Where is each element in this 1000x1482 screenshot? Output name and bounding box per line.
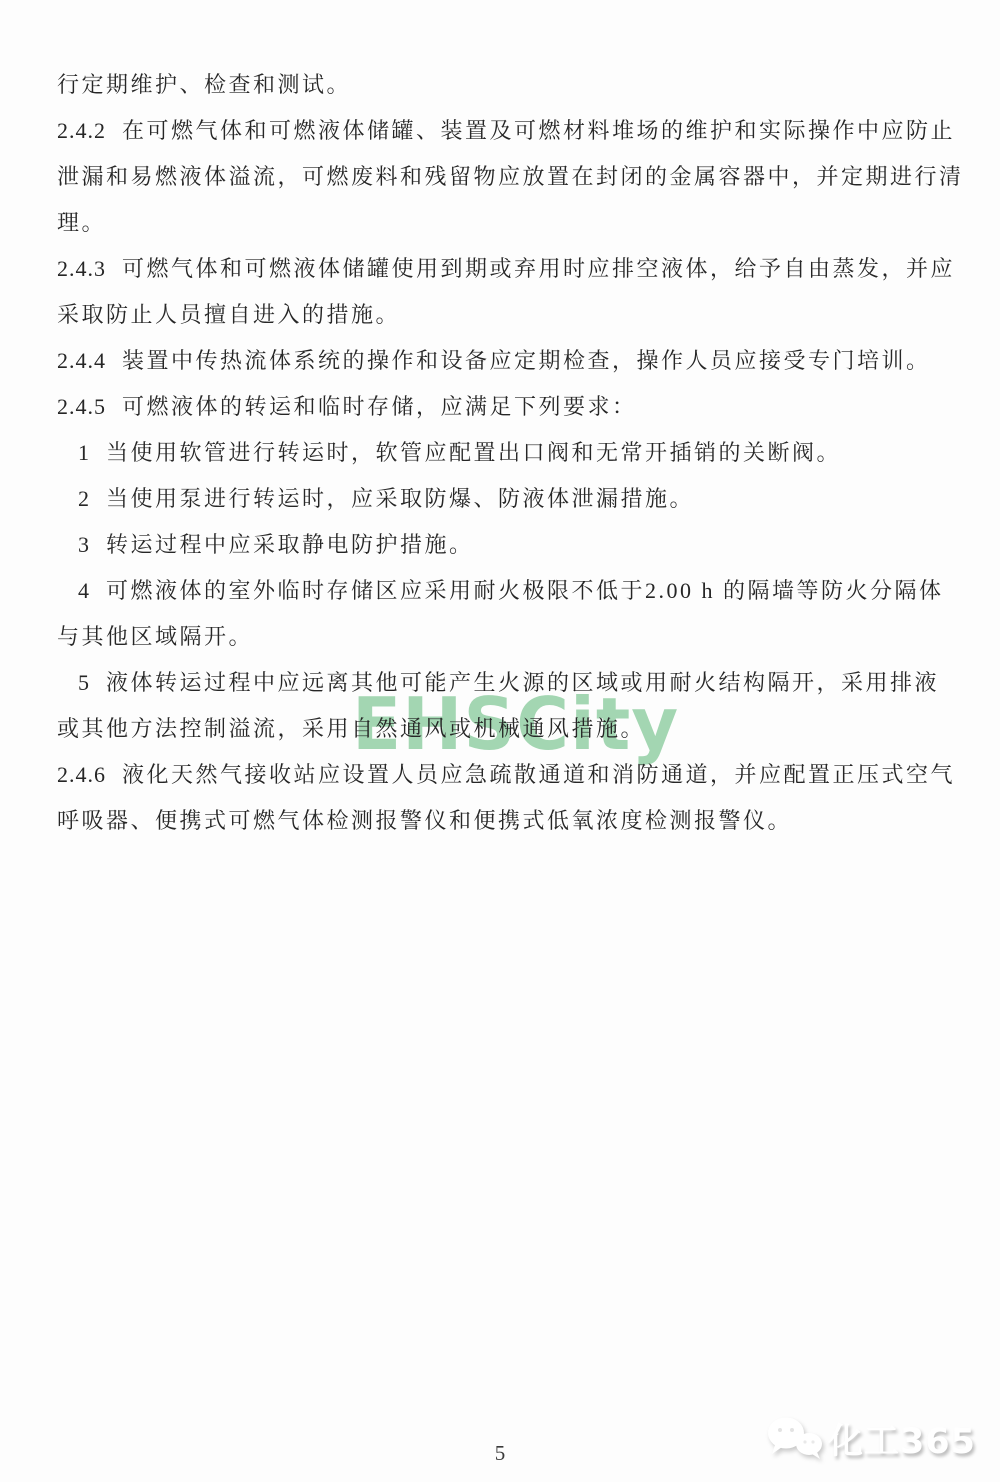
text-line: 2.4.3可燃气体和可燃液体储罐使用到期或弃用时应排空液体，给予自由蒸发，并应	[57, 246, 964, 292]
list-item-number: 5	[78, 670, 89, 695]
brand-watermark-text: 化工365	[828, 1414, 976, 1464]
text-line: 行定期维护、检查和测试。	[57, 62, 964, 108]
line-text: 液化天然气接收站应设置人员应急疏散通道和消防通道，并应配置正压式空气	[122, 762, 955, 787]
line-text: 装置中传热流体系统的操作和设备应定期检查，操作人员应接受专门培训。	[122, 348, 931, 373]
list-item-number: 1	[78, 440, 89, 465]
text-line: 呼吸器、便携式可燃气体检测报警仪和便携式低氧浓度检测报警仪。	[57, 798, 964, 844]
text-line: 采取防止人员擅自进入的措施。	[57, 292, 964, 338]
text-line: 1当使用软管进行转运时，软管应配置出口阀和无常开插销的关断阀。	[57, 430, 964, 476]
line-text: 当使用泵进行转运时，应采取防爆、防液体泄漏措施。	[106, 486, 694, 511]
text-line: 2.4.4装置中传热流体系统的操作和设备应定期检查，操作人员应接受专门培训。	[57, 338, 964, 384]
text-line: 2.4.6液化天然气接收站应设置人员应急疏散通道和消防通道，并应配置正压式空气	[57, 752, 964, 798]
line-text: 转运过程中应采取静电防护措施。	[106, 532, 474, 557]
clause-number: 2.4.6	[57, 762, 106, 787]
line-text: 液体转运过程中应远离其他可能产生火源的区域或用耐火结构隔开，采用排液	[106, 670, 939, 695]
list-item-number: 2	[78, 486, 89, 511]
text-line: 2.4.2在可燃气体和可燃液体储罐、装置及可燃材料堆场的维护和实际操作中应防止	[57, 108, 964, 154]
line-text: 与其他区域隔开。	[57, 624, 253, 649]
line-text: 可燃液体的转运和临时存储，应满足下列要求：	[122, 394, 637, 419]
line-text: 可燃气体和可燃液体储罐使用到期或弃用时应排空液体，给予自由蒸发，并应	[122, 256, 955, 281]
line-text: 当使用软管进行转运时，软管应配置出口阀和无常开插销的关断阀。	[106, 440, 841, 465]
brand-watermark: 化工365	[765, 1414, 976, 1464]
line-text: 在可燃气体和可燃液体储罐、装置及可燃材料堆场的维护和实际操作中应防止	[122, 118, 955, 143]
clause-number: 2.4.2	[57, 118, 106, 143]
document-page: EHSCity 行定期维护、检查和测试。2.4.2在可燃气体和可燃液体储罐、装置…	[0, 0, 1000, 1482]
line-text: 可燃液体的室外临时存储区应采用耐火极限不低于2.00 h 的隔墙等防火分隔体	[106, 578, 944, 603]
line-text: 理。	[57, 210, 106, 235]
text-line: 2.4.5可燃液体的转运和临时存储，应满足下列要求：	[57, 384, 964, 430]
text-line: 5液体转运过程中应远离其他可能产生火源的区域或用耐火结构隔开，采用排液	[57, 660, 964, 706]
clause-number: 2.4.5	[57, 394, 106, 419]
line-text: 呼吸器、便携式可燃气体检测报警仪和便携式低氧浓度检测报警仪。	[57, 808, 792, 833]
list-item-number: 4	[78, 578, 89, 603]
clause-number: 2.4.3	[57, 256, 106, 281]
clause-number: 2.4.4	[57, 348, 106, 373]
line-text: 采取防止人员擅自进入的措施。	[57, 302, 400, 327]
line-text: 或其他方法控制溢流，采用自然通风或机械通风措施。	[57, 716, 645, 741]
text-line: 2当使用泵进行转运时，应采取防爆、防液体泄漏措施。	[57, 476, 964, 522]
text-line: 泄漏和易燃液体溢流，可燃废料和残留物应放置在封闭的金属容器中，并定期进行清	[57, 154, 964, 200]
text-line: 与其他区域隔开。	[57, 614, 964, 660]
wechat-icon	[765, 1414, 825, 1464]
text-line: 4可燃液体的室外临时存储区应采用耐火极限不低于2.00 h 的隔墙等防火分隔体	[57, 568, 964, 614]
text-line: 理。	[57, 200, 964, 246]
document-text: 行定期维护、检查和测试。2.4.2在可燃气体和可燃液体储罐、装置及可燃材料堆场的…	[57, 62, 964, 844]
line-text: 行定期维护、检查和测试。	[57, 72, 351, 97]
text-line: 或其他方法控制溢流，采用自然通风或机械通风措施。	[57, 706, 964, 752]
list-item-number: 3	[78, 532, 89, 557]
text-line: 3转运过程中应采取静电防护措施。	[57, 522, 964, 568]
line-text: 泄漏和易燃液体溢流，可燃废料和残留物应放置在封闭的金属容器中，并定期进行清	[57, 164, 964, 189]
